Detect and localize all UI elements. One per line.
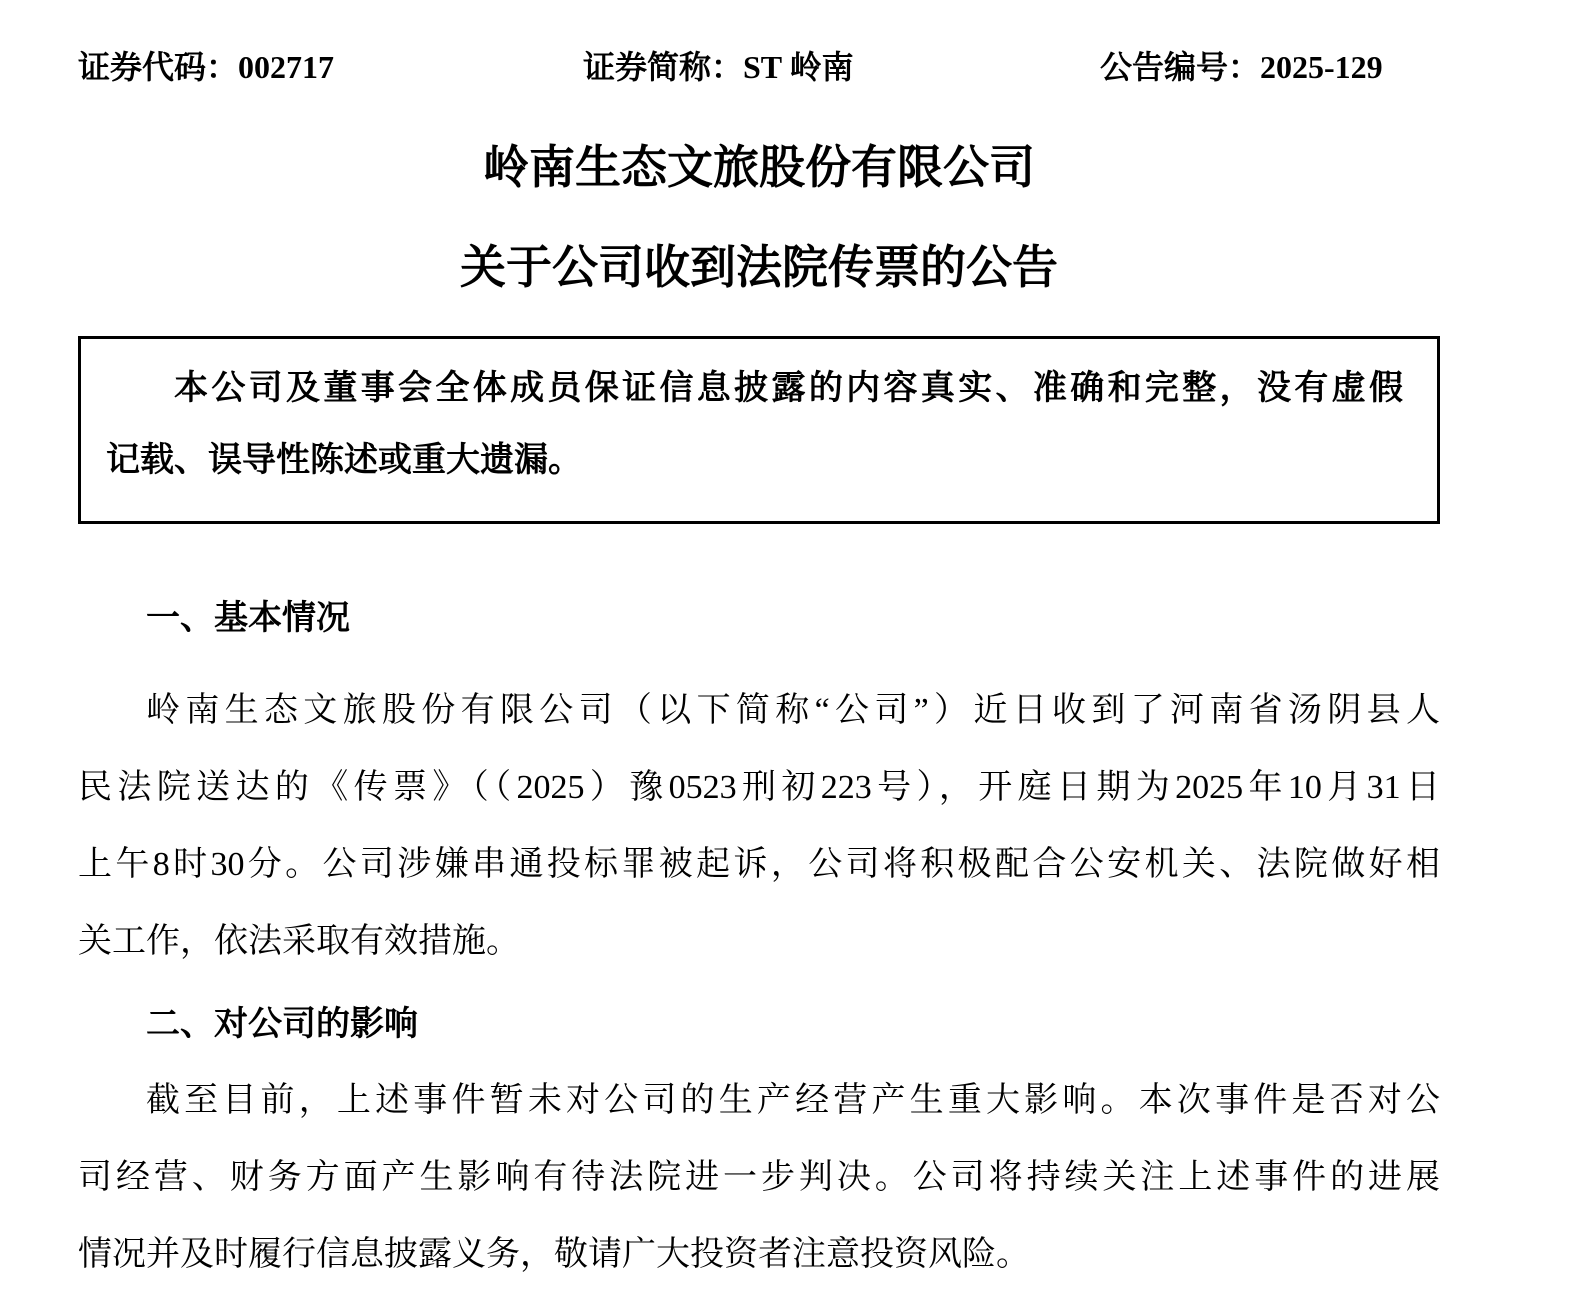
paragraph-line: 岭南生态文旅股份有限公司（以下简称“公司”）近日收到了河南省汤阴县人 [78,672,1440,749]
section-heading-impact-on-company: 二、对公司的影响 [78,1000,1440,1050]
stock-code: 证券代码：002717 [78,42,334,88]
paragraph-line: 截至目前，上述事件暂未对公司的生产经营产生重大影响。本次事件是否对公 [78,1062,1440,1139]
paragraph-line: 司经营、财务方面产生影响有待法院进一步判决。公司将持续关注上述事件的进展 [78,1139,1440,1216]
paragraph-line: 上午8时30分。公司涉嫌串通投标罪被起诉，公司将积极配合公安机关、法院做好相 [78,826,1440,903]
paragraph-line: 关工作，依法采取有效措施。 [78,903,1440,980]
paragraph-line: 民法院送达的《传票》（（2025）豫0523刑初223号），开庭日期为2025年… [78,749,1440,826]
disclaimer-line: 记载、误导性陈述或重大遗漏。 [106,425,1403,497]
section-basic-situation-paragraph: 岭南生态文旅股份有限公司（以下简称“公司”）近日收到了河南省汤阴县人 民法院送达… [78,672,1440,980]
disclaimer-box: 本公司及董事会全体成员保证信息披露的内容真实、准确和完整，没有虚假 记载、误导性… [78,336,1440,524]
document-header: 证券代码：002717 证券简称：ST 岭南 公告编号：2025-129 [78,42,1440,90]
section-impact-paragraph: 截至目前，上述事件暂未对公司的生产经营产生重大影响。本次事件是否对公 司经营、财… [78,1062,1440,1293]
company-name-title: 岭南生态文旅股份有限公司 [78,140,1440,196]
announcement-document: 证券代码：002717 证券简称：ST 岭南 公告编号：2025-129 岭南生… [0,0,1590,1304]
announcement-title: 关于公司收到法院传票的公告 [78,240,1440,296]
announcement-number: 公告编号：2025-129 [1100,42,1383,88]
section-heading-basic-situation: 一、基本情况 [78,594,1440,644]
paragraph-line: 情况并及时履行信息披露义务，敬请广大投资者注意投资风险。 [78,1216,1440,1293]
stock-abbreviation: 证券简称：ST 岭南 [583,42,854,88]
disclaimer-line: 本公司及董事会全体成员保证信息披露的内容真实、准确和完整，没有虚假 [106,353,1403,425]
